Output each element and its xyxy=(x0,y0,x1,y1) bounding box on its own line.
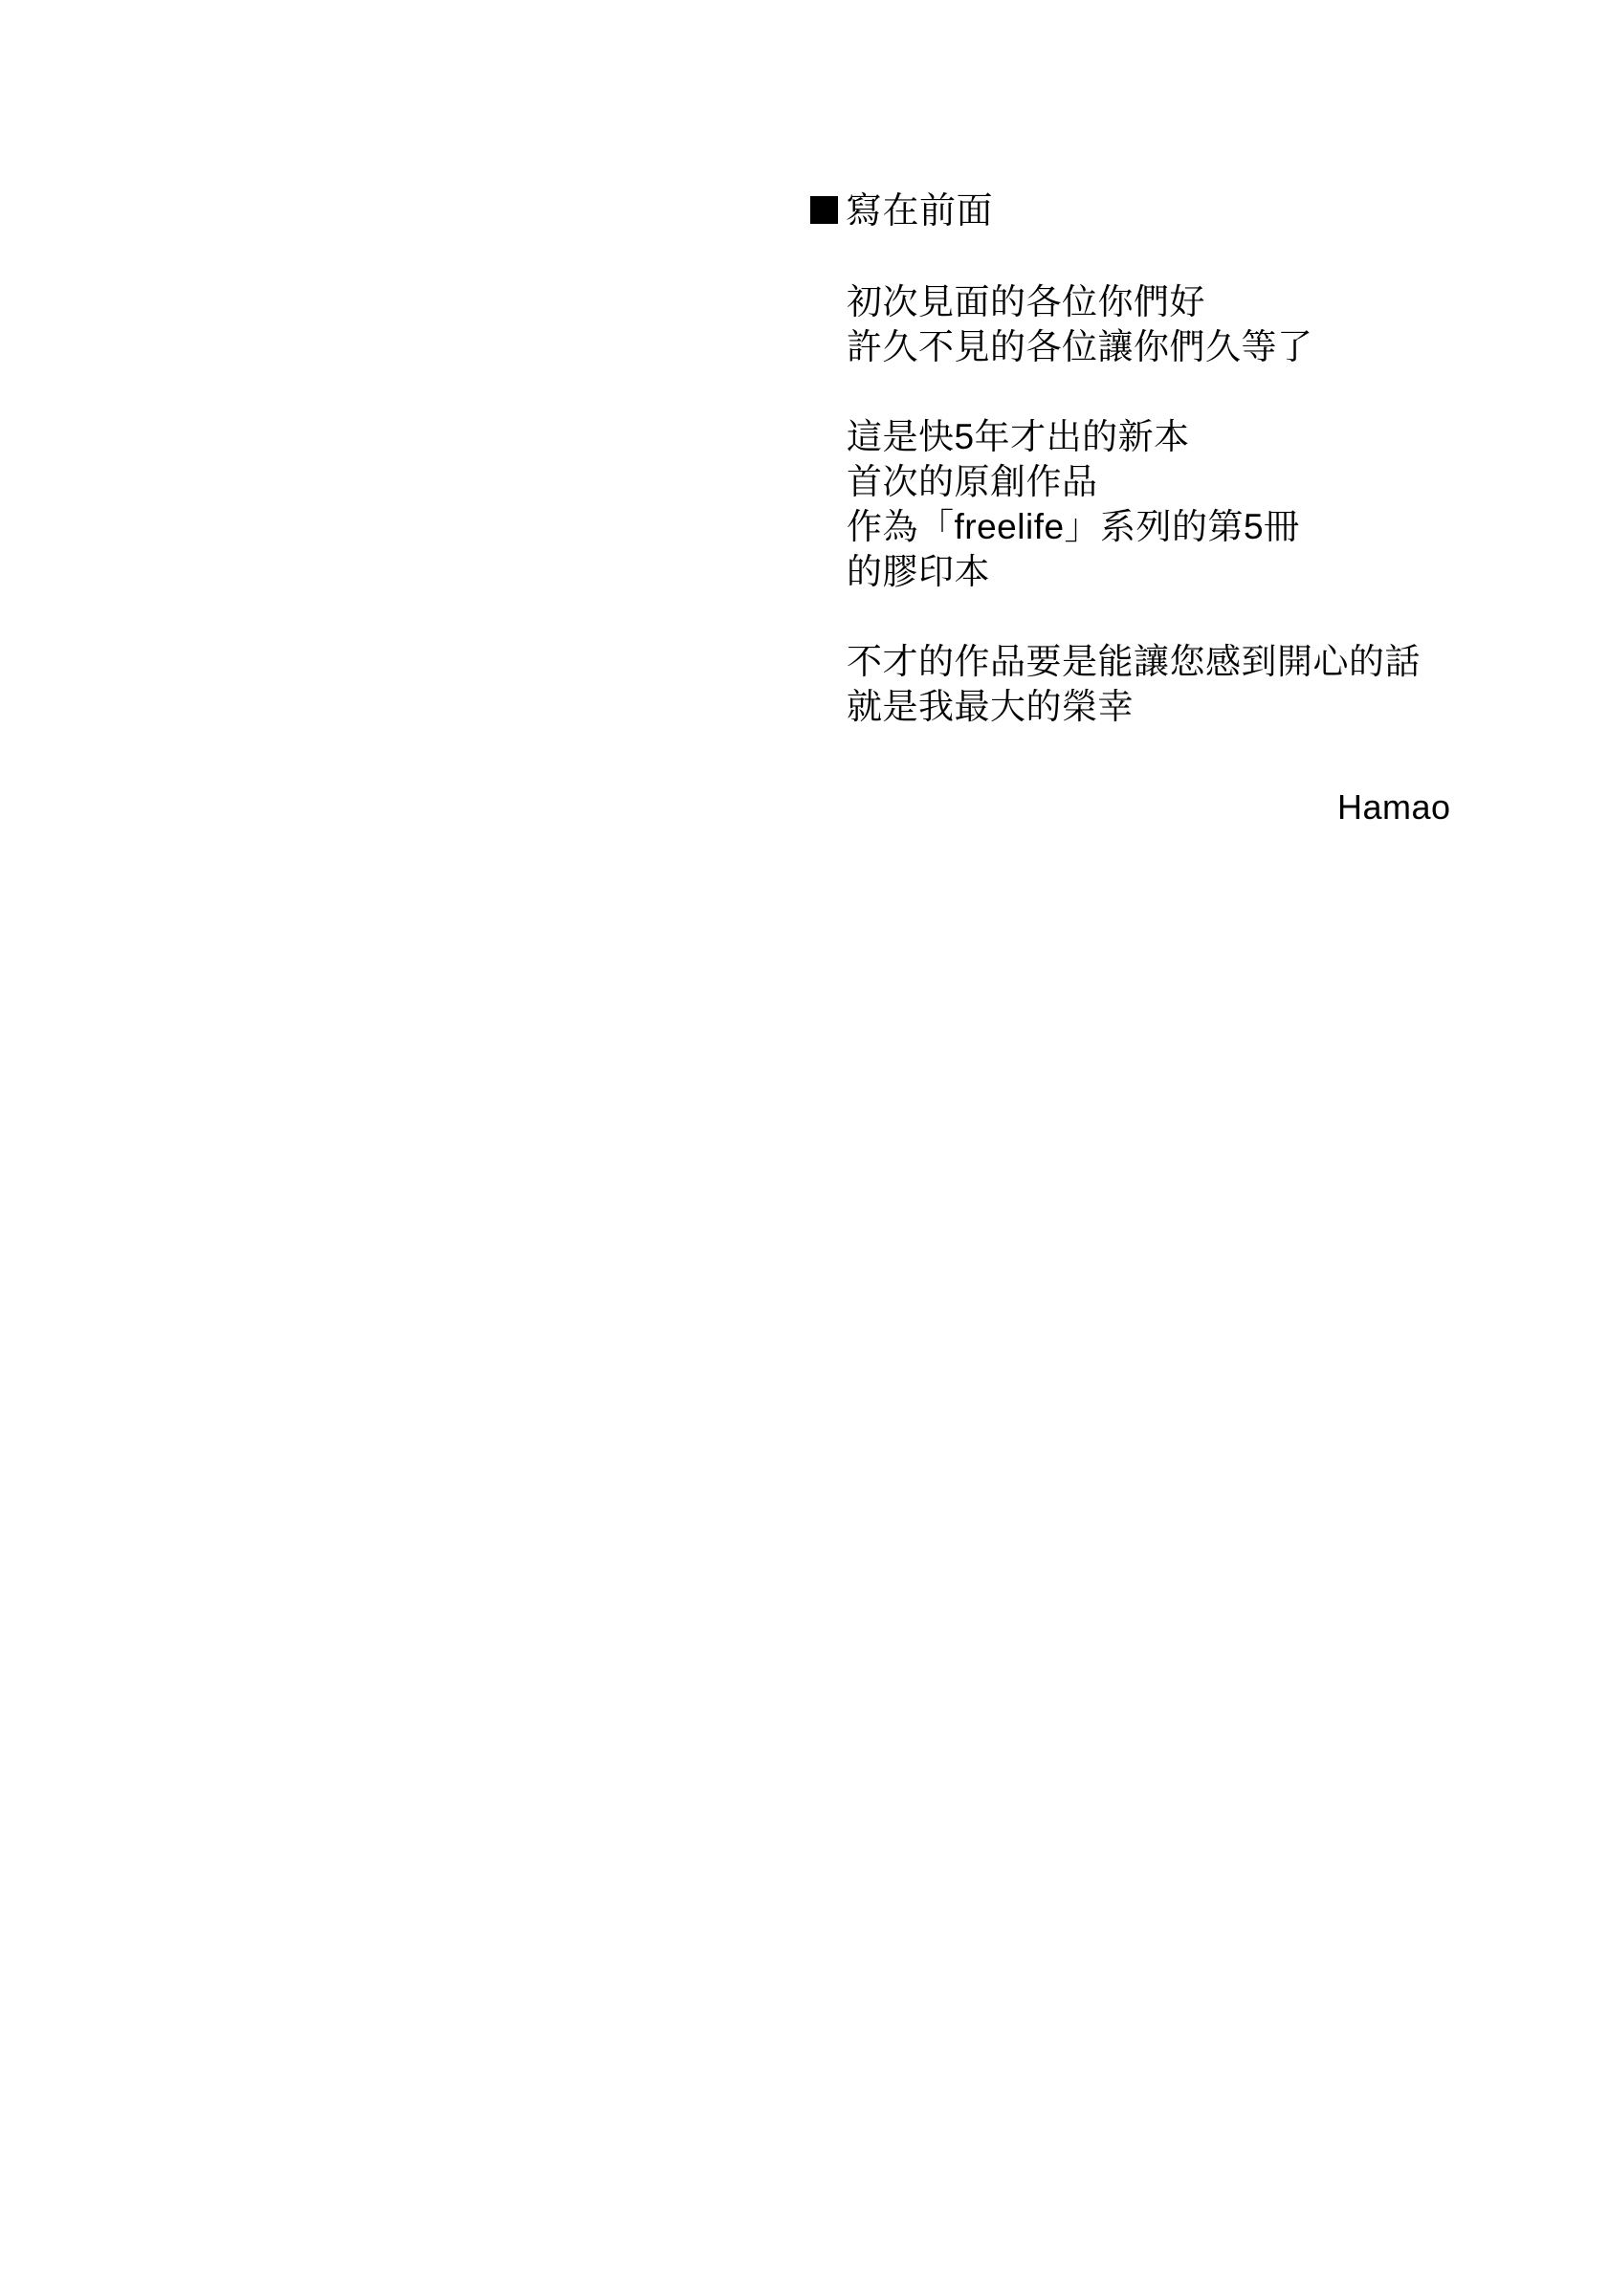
foreword-line: 就是我最大的榮幸 xyxy=(810,684,1421,729)
foreword-line: 這是快5年才出的新本 xyxy=(810,414,1421,459)
section-bullet-icon xyxy=(810,196,838,224)
foreword-line: 初次見面的各位你們好 xyxy=(810,279,1421,324)
foreword-line: 的膠印本 xyxy=(810,549,1421,594)
foreword-page: 寫在前面 初次見面的各位你們好 許久不見的各位讓你們久等了 這是快5年才出的新本… xyxy=(0,0,1609,2296)
section-heading: 寫在前面 xyxy=(810,189,1421,234)
foreword-paragraph-2: 這是快5年才出的新本 首次的原創作品 作為「freelife」系列的第5冊 的膠… xyxy=(810,414,1421,594)
author-signature: Hamao xyxy=(1337,784,1451,829)
section-heading-text: 寫在前面 xyxy=(846,191,993,232)
foreword-line: 首次的原創作品 xyxy=(810,459,1421,504)
foreword-line: 許久不見的各位讓你們久等了 xyxy=(810,324,1421,369)
foreword-paragraph-3: 不才的作品要是能讓您感到開心的話 就是我最大的榮幸 xyxy=(810,639,1421,729)
foreword-content: 寫在前面 初次見面的各位你們好 許久不見的各位讓你們久等了 這是快5年才出的新本… xyxy=(810,189,1421,729)
foreword-paragraph-1: 初次見面的各位你們好 許久不見的各位讓你們久等了 xyxy=(810,279,1421,369)
foreword-line: 作為「freelife」系列的第5冊 xyxy=(810,504,1421,549)
foreword-line: 不才的作品要是能讓您感到開心的話 xyxy=(810,639,1421,684)
